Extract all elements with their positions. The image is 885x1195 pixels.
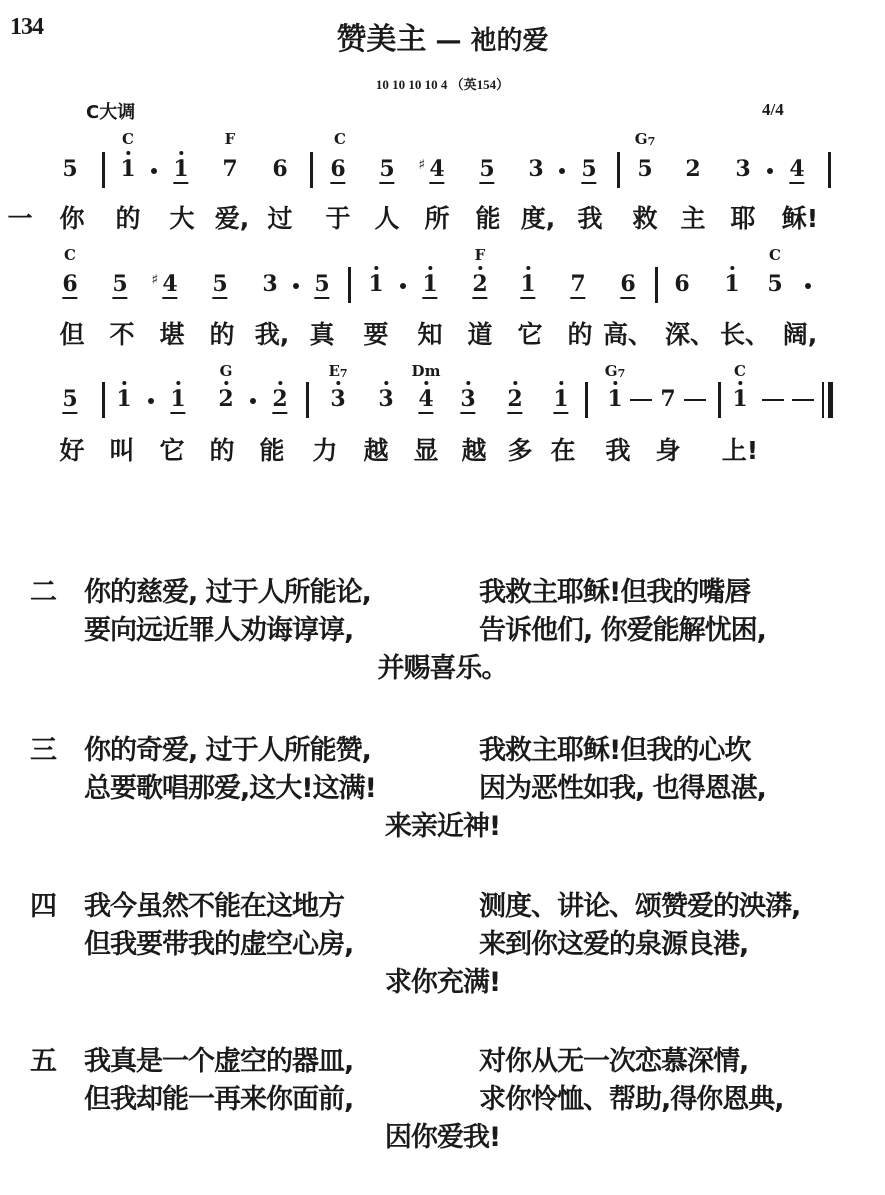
note: 3 bbox=[330, 386, 345, 412]
chord-symbol: F bbox=[225, 130, 236, 148]
octave-dot bbox=[278, 381, 282, 385]
note: 4 bbox=[418, 386, 433, 414]
note: 5 bbox=[212, 271, 227, 299]
note: 1 bbox=[607, 386, 622, 412]
note: 6 bbox=[62, 271, 77, 299]
note-digit: 1 bbox=[607, 386, 622, 412]
duration-dot bbox=[151, 168, 157, 174]
chord-symbol: E7 bbox=[328, 362, 347, 380]
chord-symbol: Dm bbox=[412, 362, 441, 380]
note-digit: 1 bbox=[116, 386, 131, 412]
note: 2 bbox=[218, 386, 233, 412]
note-digit: 2 bbox=[218, 386, 233, 412]
note: 6 bbox=[330, 156, 345, 184]
title-subtitle: 祂的爱 bbox=[471, 26, 549, 56]
note: 5 bbox=[379, 156, 394, 184]
note-digit: 1 bbox=[120, 156, 135, 182]
double-bar-thin bbox=[822, 382, 824, 418]
verse-line-left: 但我却能一再来你面前, bbox=[84, 1084, 353, 1116]
verse-number: 一 bbox=[7, 204, 32, 234]
note-digit: 1 bbox=[724, 271, 739, 297]
lyric-syllable: 不 bbox=[109, 320, 134, 350]
note: 6 bbox=[620, 271, 635, 299]
chord-symbol: G bbox=[220, 362, 233, 380]
duration-dot bbox=[293, 283, 299, 289]
note: 1 bbox=[173, 156, 188, 184]
note: 4 bbox=[789, 156, 804, 184]
bar-line bbox=[348, 267, 351, 303]
octave-dot bbox=[176, 381, 180, 385]
note-digit: 6 bbox=[674, 271, 689, 297]
octave-dot bbox=[384, 381, 388, 385]
lyric-syllable: 多 bbox=[507, 436, 532, 466]
verse-line-right: 对你从无一次恋慕深情, bbox=[479, 1046, 748, 1078]
octave-dot bbox=[559, 381, 563, 385]
chord-symbol: G7 bbox=[635, 130, 655, 148]
verse-refrain: 因你爱我! bbox=[0, 1122, 885, 1154]
note: 4♯ bbox=[162, 271, 177, 299]
note-digit: 1 bbox=[553, 386, 568, 412]
lyric-syllable: 大 bbox=[169, 204, 194, 234]
octave-dot bbox=[730, 266, 734, 270]
verse-line-right: 测度、讲论、颂赞爱的泱漭, bbox=[479, 891, 800, 923]
note-digit: 1 bbox=[520, 271, 535, 297]
lyric-syllable: 力 bbox=[312, 436, 337, 466]
lyric-syllable: 爱, bbox=[215, 204, 250, 234]
lyric-syllable: 的 bbox=[209, 436, 234, 466]
duration-dot bbox=[559, 168, 565, 174]
lyric-syllable: 我 bbox=[577, 204, 602, 234]
lyric-syllable: 真 bbox=[309, 320, 334, 350]
title-main: 赞美主 bbox=[336, 22, 426, 57]
duration-dot bbox=[400, 283, 406, 289]
octave-dot bbox=[738, 381, 742, 385]
note-digit: 6 bbox=[620, 271, 635, 297]
chord-symbol: C bbox=[334, 130, 346, 148]
lyric-syllable: 但 bbox=[59, 320, 84, 350]
bar-line bbox=[310, 152, 313, 188]
note-digit: 5 bbox=[112, 271, 127, 297]
verse-line-left: 我今虽然不能在这地方 bbox=[84, 891, 344, 923]
note: 6 bbox=[674, 271, 689, 297]
extension-dash bbox=[630, 399, 652, 401]
verse-line-right: 我救主耶稣!但我的心坎 bbox=[479, 735, 750, 767]
note: 2 bbox=[685, 156, 700, 182]
octave-dot bbox=[428, 266, 432, 270]
lyric-syllable: 你 bbox=[59, 204, 84, 234]
note-digit: 3 bbox=[460, 386, 475, 412]
verse-line-left: 我真是一个虚空的器皿, bbox=[84, 1046, 353, 1078]
verse-line-left: 你的奇爱, 过于人所能赞, bbox=[84, 735, 371, 767]
octave-dot bbox=[179, 151, 183, 155]
lyric-syllable: 它 bbox=[159, 436, 184, 466]
verse-number: 二 bbox=[30, 577, 56, 609]
lyric-syllable: 能 bbox=[475, 204, 500, 234]
double-bar-thick bbox=[828, 382, 833, 418]
note-digit: 3 bbox=[330, 386, 345, 412]
note-digit: 3 bbox=[528, 156, 543, 182]
verse-refrain: 来亲近神! bbox=[0, 811, 885, 843]
lyric-syllable: 救 bbox=[632, 204, 657, 234]
lyric-syllable: 显 bbox=[413, 436, 438, 466]
bar-line bbox=[828, 152, 831, 188]
verse-refrain: 并赐喜乐。 bbox=[0, 653, 885, 685]
note: 1 bbox=[116, 386, 131, 412]
note: 3 bbox=[460, 386, 475, 414]
note-digit: 1 bbox=[732, 386, 747, 412]
lyric-syllable: 深、 bbox=[665, 320, 715, 350]
time-signature: 4/4 bbox=[762, 100, 784, 120]
note: 7 bbox=[222, 156, 237, 182]
note-digit: 5 bbox=[479, 156, 494, 182]
verse-line-right: 因为恶性如我, 也得恩湛, bbox=[479, 773, 766, 805]
chord-symbol: C bbox=[734, 362, 746, 380]
lyric-syllable: 长、 bbox=[720, 320, 770, 350]
lyric-syllable: 上! bbox=[722, 436, 758, 466]
note-digit: 5 bbox=[581, 156, 596, 182]
note-digit: 2 bbox=[685, 156, 700, 182]
extension-dash bbox=[684, 399, 706, 401]
lyric-syllable: 它 bbox=[517, 320, 542, 350]
extension-dash bbox=[792, 399, 814, 401]
lyric-syllable: 的 bbox=[115, 204, 140, 234]
octave-dot bbox=[224, 381, 228, 385]
verse-line-left: 要向远近罪人劝诲谆谆, bbox=[84, 615, 353, 647]
lyric-syllable: 能 bbox=[259, 436, 284, 466]
note-digit: 6 bbox=[272, 156, 287, 182]
note: 1 bbox=[368, 271, 383, 297]
note-digit: 4 bbox=[162, 271, 177, 297]
note: 1 bbox=[553, 386, 568, 414]
note-digit: 2 bbox=[272, 386, 287, 412]
duration-dot bbox=[767, 168, 773, 174]
lyric-syllable: 好 bbox=[59, 436, 84, 466]
note: 1 bbox=[120, 156, 135, 182]
chord-symbol: F bbox=[475, 246, 486, 264]
note: 5 bbox=[314, 271, 329, 299]
bar-line bbox=[585, 382, 588, 418]
note-digit: 4 bbox=[789, 156, 804, 182]
octave-dot bbox=[122, 381, 126, 385]
octave-dot bbox=[424, 381, 428, 385]
note-digit: 6 bbox=[330, 156, 345, 182]
bar-line bbox=[102, 382, 105, 418]
title-separator: — bbox=[426, 26, 470, 56]
note-digit: 5 bbox=[767, 271, 782, 297]
note-digit: 6 bbox=[62, 271, 77, 297]
lyric-syllable: 于 bbox=[325, 204, 350, 234]
note-digit: 4 bbox=[418, 386, 433, 412]
note-digit: 3 bbox=[378, 386, 393, 412]
lyric-syllable: 堪 bbox=[159, 320, 184, 350]
octave-dot bbox=[526, 266, 530, 270]
bar-line bbox=[102, 152, 105, 188]
chord-symbol: G7 bbox=[605, 362, 625, 380]
lyric-syllable: 越 bbox=[363, 436, 388, 466]
note-digit: 7 bbox=[660, 386, 675, 412]
note: 5 bbox=[767, 271, 782, 297]
note: 2 bbox=[507, 386, 522, 414]
note-digit: 1 bbox=[170, 386, 185, 412]
note: 1 bbox=[732, 386, 747, 412]
note: 5 bbox=[112, 271, 127, 299]
lyric-syllable: 知 bbox=[417, 320, 442, 350]
lyric-syllable: 高、 bbox=[603, 320, 653, 350]
sharp-icon: ♯ bbox=[418, 152, 425, 178]
sharp-icon: ♯ bbox=[151, 267, 158, 293]
note-digit: 3 bbox=[262, 271, 277, 297]
note-digit: 4 bbox=[429, 156, 444, 182]
verse-line-right: 我救主耶稣!但我的嘴唇 bbox=[479, 577, 750, 609]
note: 3 bbox=[262, 271, 277, 297]
note-digit: 5 bbox=[62, 156, 77, 182]
note: 3 bbox=[378, 386, 393, 412]
note-digit: 2 bbox=[472, 271, 487, 297]
note: 1 bbox=[724, 271, 739, 297]
verse-number: 三 bbox=[30, 735, 56, 767]
note-digit: 5 bbox=[212, 271, 227, 297]
verse-line-left: 你的慈爱, 过于人所能论, bbox=[84, 577, 371, 609]
note-digit: 7 bbox=[570, 271, 585, 297]
note: 5 bbox=[637, 156, 652, 182]
extension-dash bbox=[762, 399, 784, 401]
chord-symbol: C bbox=[769, 246, 781, 264]
lyric-syllable: 要 bbox=[363, 320, 388, 350]
note: 3 bbox=[528, 156, 543, 182]
note: 2 bbox=[272, 386, 287, 414]
lyric-syllable: 主 bbox=[680, 204, 705, 234]
lyric-syllable: 的 bbox=[209, 320, 234, 350]
octave-dot bbox=[613, 381, 617, 385]
chord-symbol: C bbox=[64, 246, 76, 264]
note-digit: 5 bbox=[314, 271, 329, 297]
lyric-syllable: 人 bbox=[374, 204, 399, 234]
octave-dot bbox=[374, 266, 378, 270]
verse-number: 五 bbox=[30, 1046, 56, 1078]
note: 7 bbox=[570, 271, 585, 299]
lyric-syllable: 度, bbox=[521, 204, 556, 234]
meter: 10 10 10 10 4 （英154） bbox=[0, 74, 885, 93]
note: 2 bbox=[472, 271, 487, 299]
note: 5 bbox=[62, 386, 77, 414]
lyric-syllable: 过 bbox=[267, 204, 292, 234]
duration-dot bbox=[250, 398, 256, 404]
lyric-syllable: 越 bbox=[461, 436, 486, 466]
octave-dot bbox=[336, 381, 340, 385]
note: 1 bbox=[422, 271, 437, 299]
note: 5 bbox=[62, 156, 77, 182]
bar-line bbox=[306, 382, 309, 418]
bar-line bbox=[718, 382, 721, 418]
note-digit: 1 bbox=[368, 271, 383, 297]
bar-line bbox=[617, 152, 620, 188]
lyric-syllable: 我 bbox=[605, 436, 630, 466]
verse-line-right: 求你怜恤、帮助,得你恩典, bbox=[479, 1084, 784, 1116]
lyric-syllable: 的 bbox=[567, 320, 592, 350]
note-digit: 2 bbox=[507, 386, 522, 412]
verse-number: 四 bbox=[30, 891, 56, 923]
chord-symbol: C bbox=[122, 130, 134, 148]
note: 5 bbox=[479, 156, 494, 184]
verse-line-left: 但我要带我的虚空心房, bbox=[84, 929, 353, 961]
note: 6 bbox=[272, 156, 287, 182]
note-digit: 1 bbox=[173, 156, 188, 182]
note: 4♯ bbox=[429, 156, 444, 184]
lyric-syllable: 阔, bbox=[783, 320, 818, 350]
note-digit: 5 bbox=[637, 156, 652, 182]
verse-refrain: 求你充满! bbox=[0, 967, 885, 999]
hymn-title: 赞美主 — 祂的爱 bbox=[0, 14, 885, 58]
lyric-syllable: 耶 bbox=[730, 204, 755, 234]
octave-dot bbox=[478, 266, 482, 270]
note-digit: 1 bbox=[422, 271, 437, 297]
lyric-syllable: 身 bbox=[655, 436, 680, 466]
lyric-syllable: 稣! bbox=[782, 204, 818, 234]
octave-dot bbox=[126, 151, 130, 155]
verse-line-left: 总要歌唱那爱,这大!这满! bbox=[84, 773, 376, 805]
note-digit: 5 bbox=[62, 386, 77, 412]
lyric-syllable: 所 bbox=[424, 204, 449, 234]
lyric-syllable: 叫 bbox=[109, 436, 134, 466]
note-digit: 3 bbox=[735, 156, 750, 182]
lyric-syllable: 我, bbox=[255, 320, 290, 350]
verse-line-right: 来到你这爱的泉源良港, bbox=[479, 929, 748, 961]
verse-line-right: 告诉他们, 你爱能解忧困, bbox=[479, 615, 766, 647]
note: 3 bbox=[735, 156, 750, 182]
lyric-syllable: 道 bbox=[467, 320, 492, 350]
lyric-syllable: 在 bbox=[550, 436, 575, 466]
octave-dot bbox=[513, 381, 517, 385]
note-digit: 5 bbox=[379, 156, 394, 182]
note: 7 bbox=[660, 386, 675, 412]
note: 1 bbox=[170, 386, 185, 414]
octave-dot bbox=[466, 381, 470, 385]
duration-dot bbox=[805, 283, 811, 289]
duration-dot bbox=[148, 398, 154, 404]
bar-line bbox=[655, 267, 658, 303]
key-signature: C大调 bbox=[86, 98, 135, 124]
note: 1 bbox=[520, 271, 535, 299]
note-digit: 7 bbox=[222, 156, 237, 182]
note: 5 bbox=[581, 156, 596, 184]
